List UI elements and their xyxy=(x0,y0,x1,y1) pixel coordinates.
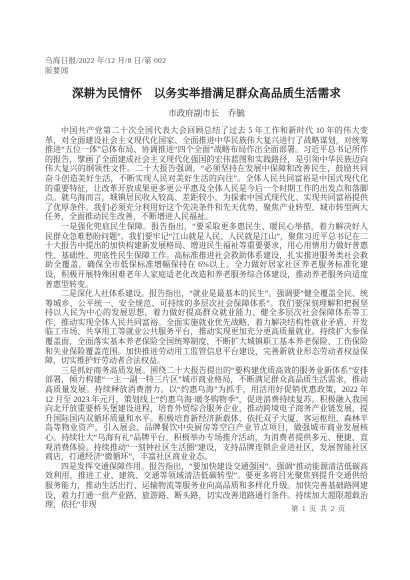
article-paragraph: 四是发挥交通保障作用。报告指出，“要加快建设交通强国”。强调“推动能源清洁低碳高… xyxy=(45,462,368,510)
article-body: 中国共产党第二十次全国代表大会回顾总结了过去 5 年工作和新时代 10 年的伟大… xyxy=(45,126,368,510)
document-page: 乌海日报/2022 年/12 月/8 日/第 002 版要闻 深耕为民情怀 以务… xyxy=(0,0,410,580)
section-line: 版要闻 xyxy=(45,66,166,76)
page-number: 第 1 页 共 2 页 xyxy=(291,504,346,514)
article-paragraph: 三是抓好商务高质发展。围绕二十大报告提出的“要构建优质高效的服务业新体系”安排部… xyxy=(45,366,368,462)
article-paragraph: 中国共产党第二十次全国代表大会回顾总结了过去 5 年工作和新时代 10 年的伟大… xyxy=(45,126,368,222)
article-title: 深耕为民情怀 以务实举措满足群众高品质生活需求 xyxy=(45,85,368,101)
article-paragraph: 二是深化人社体系建设。报告指出，“就业是最基本的民生”。强调要“健全覆盖全民、统… xyxy=(45,289,368,366)
article-meta: 乌海日报/2022 年/12 月/8 日/第 002 版要闻 xyxy=(45,56,166,76)
article-paragraph: 一是强化兜底民生保障。报告指出，“要采取更多惠民生、暖民心举措，着力解决好人民群… xyxy=(45,222,368,289)
source-date-line: 乌海日报/2022 年/12 月/8 日/第 002 xyxy=(45,56,166,66)
article-byline: 市政府副市长 乔毓 xyxy=(45,107,368,119)
